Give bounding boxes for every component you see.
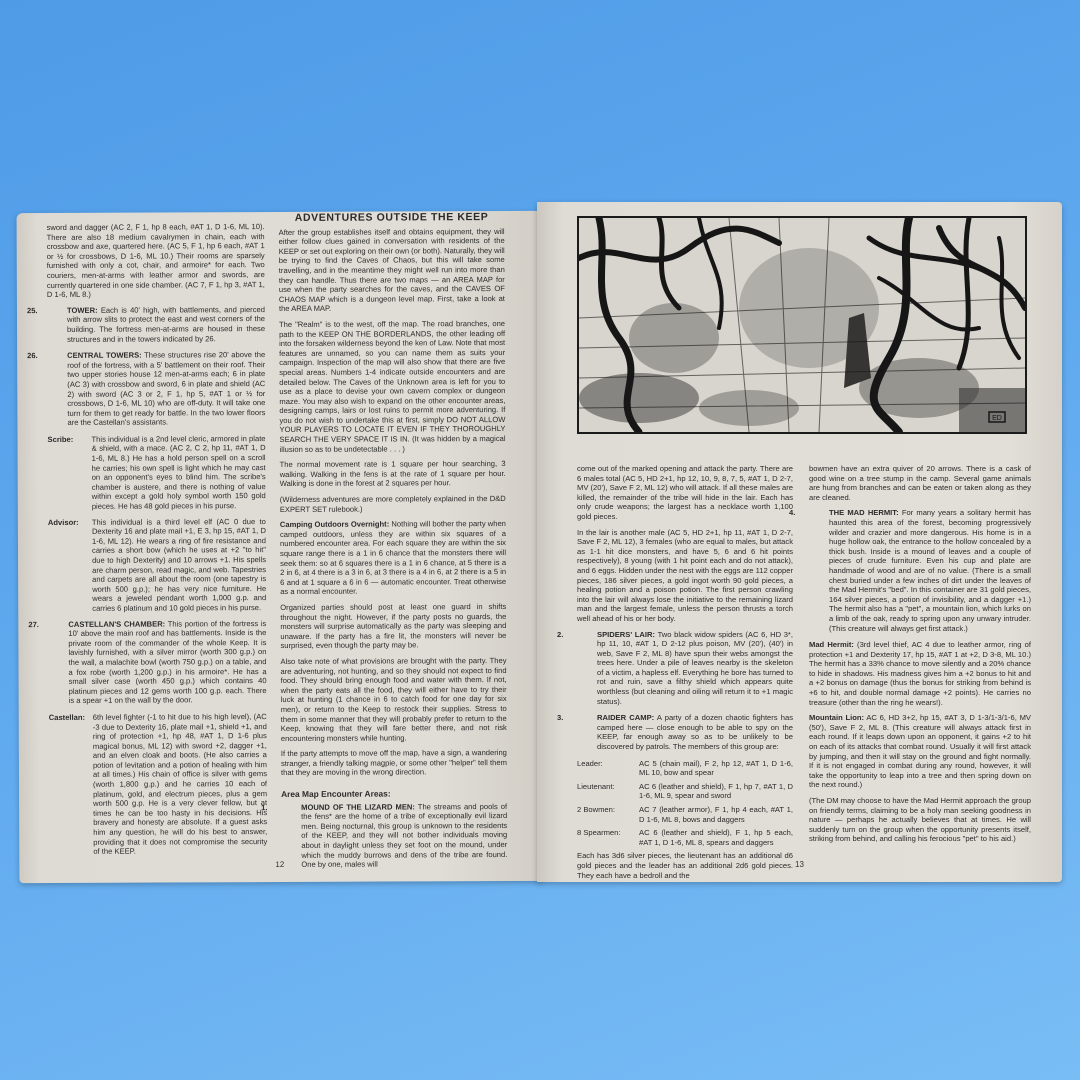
- paragraph: In the lair is another male (AC 5, HD 2+…: [577, 528, 793, 624]
- paragraph: The normal movement rate is 1 square per…: [280, 459, 506, 489]
- page-13: ED come out of the marked opening and at…: [537, 202, 1062, 882]
- paragraph: (Wilderness adventures are more complete…: [280, 494, 506, 514]
- section-heading: ADVENTURES OUTSIDE THE KEEP: [279, 213, 505, 224]
- paragraph: If the party attempts to move off the ma…: [281, 748, 507, 778]
- forest-illustration: ED: [577, 216, 1027, 434]
- raider-lieutenant: Lieutenant:AC 6 (leather and shield), F …: [577, 782, 793, 801]
- entry-1-lizard-men: 1.MOUND OF THE LIZARD MEN: The streams a…: [281, 802, 507, 870]
- right-page-column-2: bowmen have an extra quiver of 20 arrows…: [809, 464, 1031, 850]
- open-booklet: sword and dagger (AC 2, F 1, hp 8 each, …: [18, 198, 1062, 884]
- raider-leader: Leader:AC 5 (chain mail), F 2, hp 12, #A…: [577, 759, 793, 778]
- entry-3-raider-camp: 3.RAIDER CAMP: A party of a dozen chaoti…: [577, 713, 793, 751]
- left-page-column-1: sword and dagger (AC 2, F 1, hp 8 each, …: [47, 222, 268, 863]
- paragraph: Also take note of what provisions are br…: [280, 656, 506, 743]
- page-number-13: 13: [795, 860, 804, 869]
- page-number-12: 12: [275, 860, 284, 869]
- entry-25-tower: 25.TOWER: Each is 40' high, with battlem…: [47, 305, 265, 344]
- entry-4-mad-hermit: 4.THE MAD HERMIT: For many years a solit…: [809, 508, 1031, 633]
- left-page-column-2: ADVENTURES OUTSIDE THE KEEP After the gr…: [279, 213, 508, 877]
- raider-spearmen: 8 Spearmen:AC 6 (leather and shield), F …: [577, 828, 793, 847]
- paragraph-mountain-lion: Mountain Lion: AC 6, HD 3+2, hp 15, #AT …: [809, 713, 1031, 790]
- entry-castellan: Castellan:6th level fighter (-1 to hit d…: [49, 712, 268, 857]
- entry-2-spiders-lair: 2.SPIDERS' LAIR: Two black widow spiders…: [577, 630, 793, 707]
- paragraph: After the group establishes itself and o…: [279, 227, 505, 314]
- paragraph: come out of the marked opening and attac…: [577, 464, 793, 522]
- paragraph: (The DM may choose to have the Mad Hermi…: [809, 796, 1031, 844]
- paragraph: Organized parties should post at least o…: [280, 602, 506, 651]
- entry-scribe: Scribe:This individual is a 2nd level cl…: [48, 434, 266, 512]
- forest-drawing: ED: [579, 218, 1025, 432]
- right-page-column-1: come out of the marked opening and attac…: [577, 464, 793, 886]
- raider-bowmen: 2 Bowmen:AC 7 (leather armor), F 1, hp 4…: [577, 805, 793, 824]
- entry-26-central-towers: 26.CENTRAL TOWERS: These structures rise…: [47, 350, 265, 428]
- page-12: sword and dagger (AC 2, F 1, hp 8 each, …: [17, 211, 543, 883]
- paragraph-mad-hermit-stats: Mad Hermit: (3rd level thief, AC 4 due t…: [809, 640, 1031, 707]
- paragraph-intro: sword and dagger (AC 2, F 1, hp 8 each, …: [47, 222, 265, 300]
- paragraph: bowmen have an extra quiver of 20 arrows…: [809, 464, 1031, 502]
- entry-27-castellans-chamber: 27.CASTELLAN'S CHAMBER: This portion of …: [48, 619, 266, 706]
- paragraph: Each has 3d6 silver pieces, the lieutena…: [577, 851, 793, 880]
- svg-text:ED: ED: [992, 415, 1002, 422]
- paragraph-camping: Camping Outdoors Overnight: Nothing will…: [280, 519, 506, 597]
- area-map-heading: Area Map Encounter Areas:: [281, 789, 507, 800]
- paragraph: The "Realm" is to the west, off the map.…: [279, 319, 506, 454]
- entry-advisor: Advisor:This individual is a third level…: [48, 517, 266, 614]
